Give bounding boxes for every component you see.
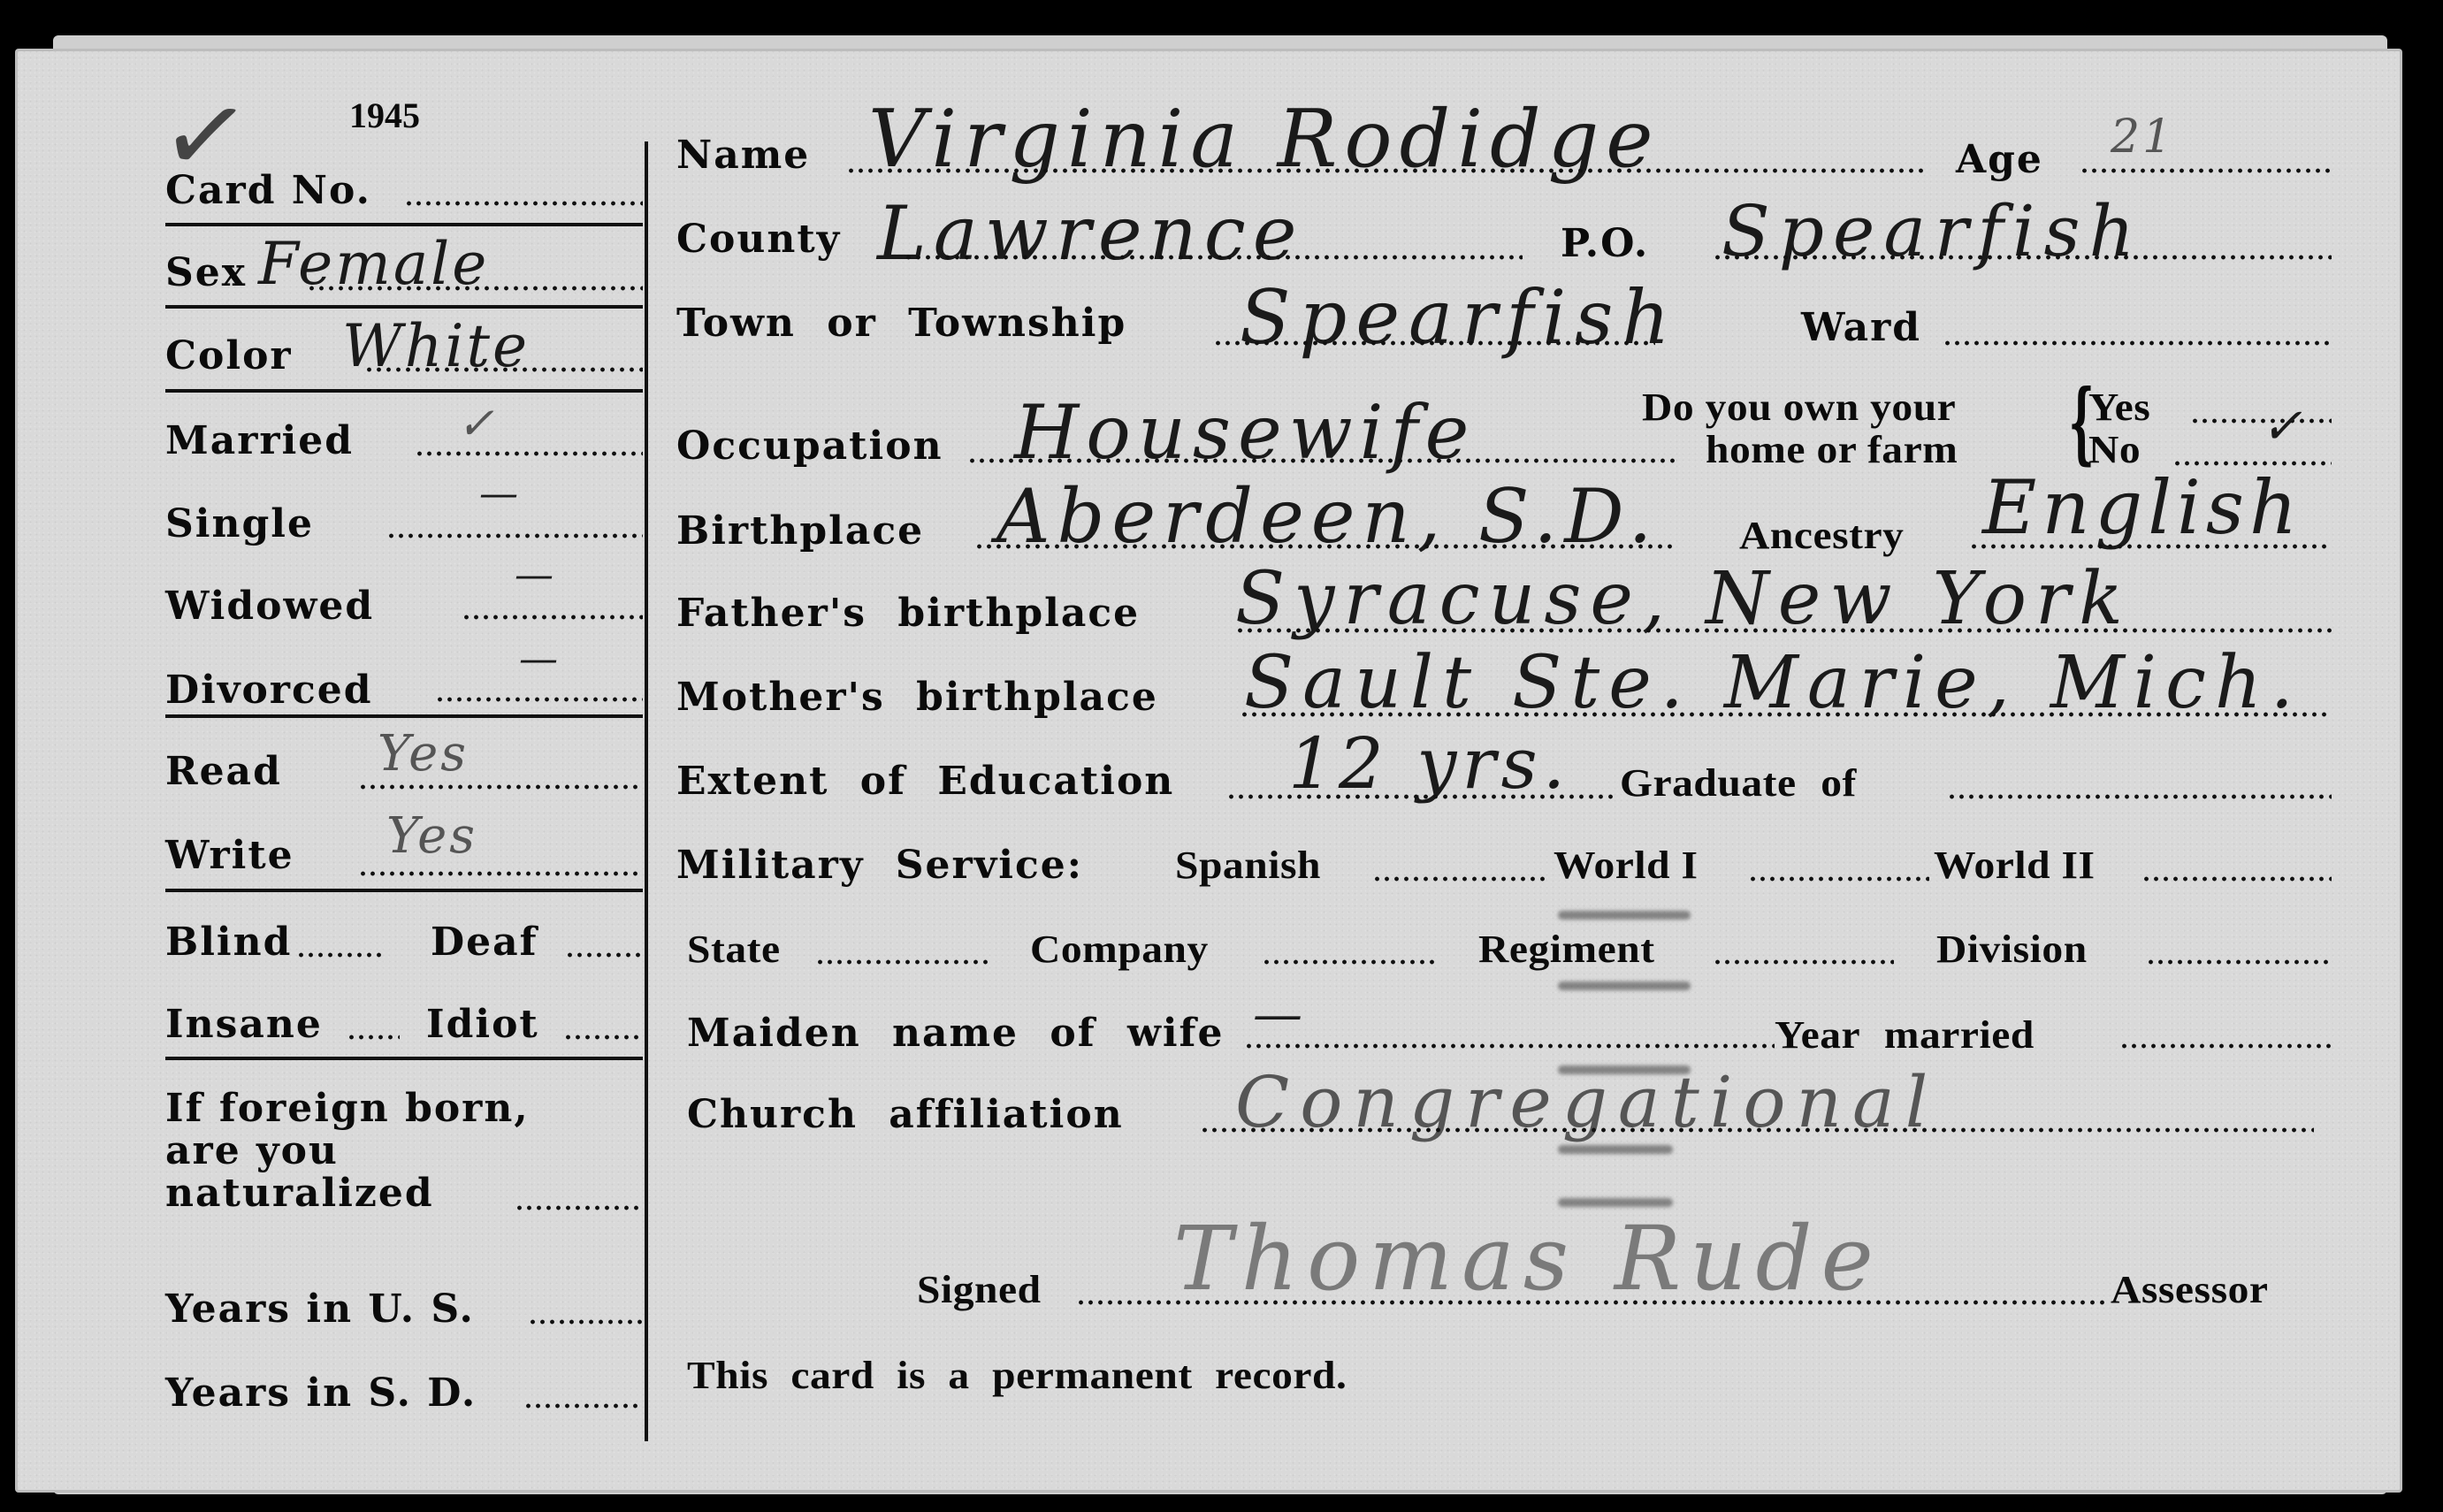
color-field-line [364,367,643,372]
state-field[interactable] [815,959,988,965]
po-label: P.O. [1561,221,1649,266]
education-label: Extent of Education [676,759,1174,804]
church-field-line [1200,1127,2314,1133]
read-field-line [358,784,643,790]
mother-birthplace-label: Mother's birthplace [676,675,1158,720]
blind-label: Blind [165,920,292,965]
ink-smudge [1558,1198,1673,1207]
town-label: Town or Township [676,301,1126,346]
occupation-label: Occupation [676,424,943,469]
age-field-line [2080,168,2332,173]
divider [165,389,643,393]
naturalized-field[interactable] [515,1205,643,1210]
idiot-field[interactable] [563,1035,643,1040]
po-value[interactable]: Spearfish [1722,190,2143,272]
town-value[interactable]: Spearfish [1240,274,1678,361]
own-home-label-line2: home or farm [1706,427,1958,472]
own-home-no-value[interactable]: ✓ [2261,398,2305,455]
widowed-value[interactable]: — [515,553,556,598]
age-value[interactable]: 21 [2111,111,2174,164]
sex-label: Sex [165,250,247,295]
ancestry-field-line [1969,544,2332,549]
county-label: County [676,217,841,262]
years-sd-label: Years in S. D. [165,1371,477,1416]
card-no-label: Card No. [165,168,371,213]
idiot-label: Idiot [426,1002,539,1047]
occupation-field-line [967,458,1675,463]
color-label: Color [165,333,293,378]
single-field-line [386,533,643,538]
years-us-field[interactable] [528,1319,643,1325]
insane-field[interactable] [347,1035,400,1040]
footer-note: This card is a permanent record. [687,1353,1347,1398]
po-field-line [1713,255,2332,260]
birthplace-field-line [974,544,1673,549]
divider [165,305,643,309]
divorced-field-line [435,697,643,702]
read-label: Read [165,749,282,794]
write-label: Write [165,833,294,878]
education-field-line [1226,794,1615,799]
name-field-line [846,168,1925,173]
military-spanish-label: Spanish [1175,843,1321,888]
assessor-label: Assessor [2111,1267,2269,1312]
naturalized-label: If foreign born, are you naturalized [165,1088,530,1215]
education-value[interactable]: 12 yrs. [1288,722,1570,805]
deaf-label: Deaf [431,920,538,965]
division-field[interactable] [2146,959,2332,965]
divorced-value[interactable]: — [519,637,561,682]
ward-label: Ward [1801,305,1921,350]
county-field-line [904,255,1523,260]
divider [165,714,643,718]
naturalized-label-line1: If foreign born, [165,1088,530,1130]
state-label: State [687,927,781,972]
company-field[interactable] [1262,959,1434,965]
own-home-yes-label: Yes [2088,385,2150,430]
years-us-label: Years in U. S. [165,1287,475,1332]
ward-field[interactable] [1943,340,2332,346]
deaf-field[interactable] [565,952,643,958]
regiment-field[interactable] [1713,959,1894,965]
census-card: ✓ 1945 Card No. Sex Female Color White M… [15,49,2402,1493]
card-no-field[interactable] [404,201,643,206]
married-label: Married [165,418,354,463]
divorced-label: Divorced [165,668,373,713]
widowed-field-line [462,615,643,620]
regiment-label: Regiment [1478,927,1655,972]
town-field-line [1213,340,1655,346]
ink-smudge [1558,1145,1673,1154]
blind-field[interactable] [296,952,385,958]
military-spanish-field[interactable] [1372,876,1549,882]
ancestry-label: Ancestry [1739,513,1904,558]
father-birthplace-label: Father's birthplace [676,591,1140,636]
military-label: Military Service: [676,843,1083,888]
signed-label: Signed [917,1267,1042,1312]
column-divider [645,141,648,1441]
ink-smudge [1558,911,1691,920]
divider [165,1057,643,1060]
military-ww2-field[interactable] [2141,876,2332,882]
county-value[interactable]: Lawrence [877,190,1303,277]
father-birthplace-field-line [1235,628,2332,633]
ancestry-value[interactable]: English [1982,464,2302,551]
insane-label: Insane [165,1002,323,1047]
year-married-field[interactable] [2119,1043,2332,1049]
military-ww1-label: World I [1554,843,1699,888]
signature-field-line [1076,1300,2106,1305]
ink-smudge [1558,981,1691,990]
divider [165,223,643,226]
naturalized-label-line2: are you [165,1130,530,1172]
age-label: Age [1956,137,2043,182]
military-ww1-field[interactable] [1748,876,1929,882]
read-value[interactable]: Yes [378,725,469,783]
name-label: Name [676,133,810,178]
year-married-label: Year married [1775,1012,2035,1058]
company-label: Company [1030,927,1209,972]
maiden-name-label: Maiden name of wife [687,1011,1224,1056]
own-home-label-line1: Do you own your [1642,385,1956,430]
card-year: 1945 [349,95,420,136]
maiden-name-value[interactable]: — [1253,986,1305,1043]
graduate-of-label: Graduate of [1620,760,1857,806]
widowed-label: Widowed [165,584,374,629]
signature-value[interactable]: Thomas Rude [1173,1207,1882,1310]
single-label: Single [165,501,314,546]
married-field-line [415,451,643,456]
church-label: Church affiliation [687,1092,1124,1137]
birthplace-label: Birthplace [676,508,924,554]
divider [165,889,643,892]
division-label: Division [1936,927,2088,972]
maiden-name-field-line [1244,1043,1775,1049]
married-value[interactable]: ✓ [457,398,497,449]
military-ww2-label: World II [1934,843,2096,888]
write-field-line [358,871,643,876]
naturalized-label-line3: naturalized [165,1172,530,1215]
years-sd-field[interactable] [523,1403,643,1409]
sex-field-line [307,286,643,291]
write-value[interactable]: Yes [386,807,477,865]
single-value[interactable]: — [479,471,521,516]
mother-birthplace-field-line [1240,712,2332,717]
graduate-of-field[interactable] [1947,794,2332,799]
